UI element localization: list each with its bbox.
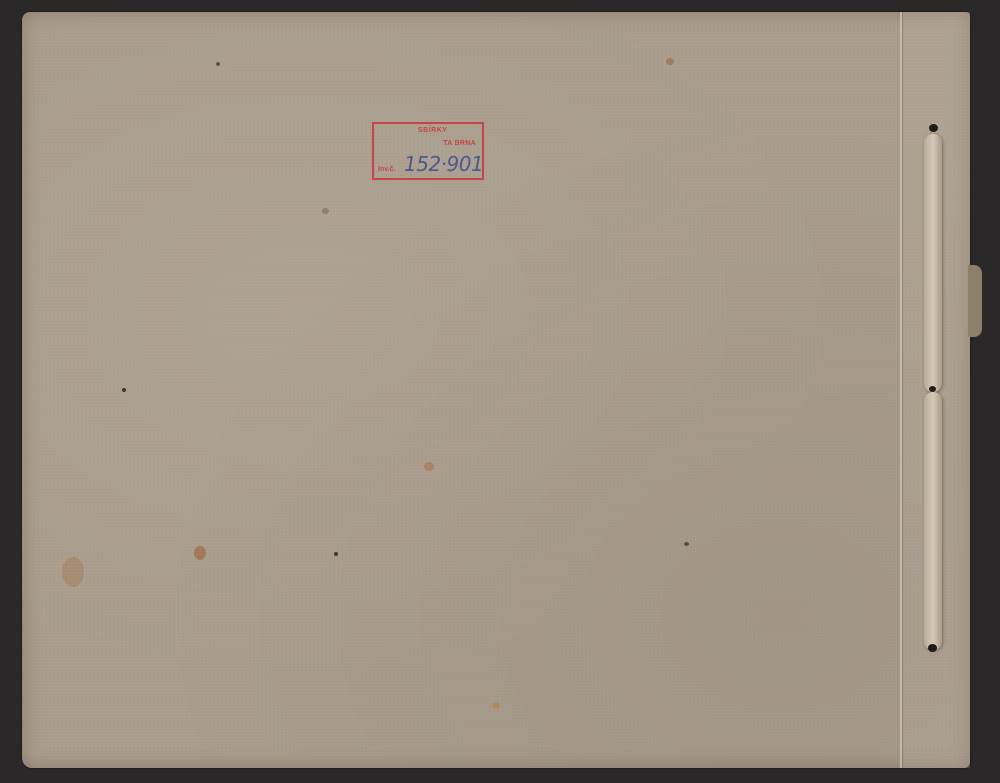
paper-spot [122, 388, 126, 392]
paper-spot [492, 702, 500, 709]
spine-fold [900, 12, 902, 768]
paper-stain [62, 557, 84, 587]
stamp-line-1: SBÍRKY [418, 127, 447, 134]
binding-thread-end [968, 265, 982, 337]
paper-spot [684, 542, 689, 546]
paper-spot [194, 546, 206, 560]
paper-spot [424, 462, 434, 471]
binding-thread-lower [924, 392, 942, 650]
paper-spot [666, 58, 674, 65]
binding-hole [928, 644, 937, 652]
collection-stamp: SBÍRKY TA BRNA Inv.č. 152·901 [372, 122, 484, 180]
paper-spot [334, 552, 338, 556]
inventory-number: 152·901 [404, 152, 483, 176]
booklet-cover: SBÍRKY TA BRNA Inv.č. 152·901 [22, 12, 970, 768]
binding-hole [929, 124, 938, 132]
paper-spot [216, 62, 220, 66]
paper-spot [322, 208, 329, 214]
spine-area [902, 12, 970, 768]
stamp-inv-label: Inv.č. [378, 166, 395, 173]
stamp-line-2: TA BRNA [443, 140, 476, 147]
binding-thread-upper [924, 134, 942, 392]
binding-hole [929, 386, 936, 392]
